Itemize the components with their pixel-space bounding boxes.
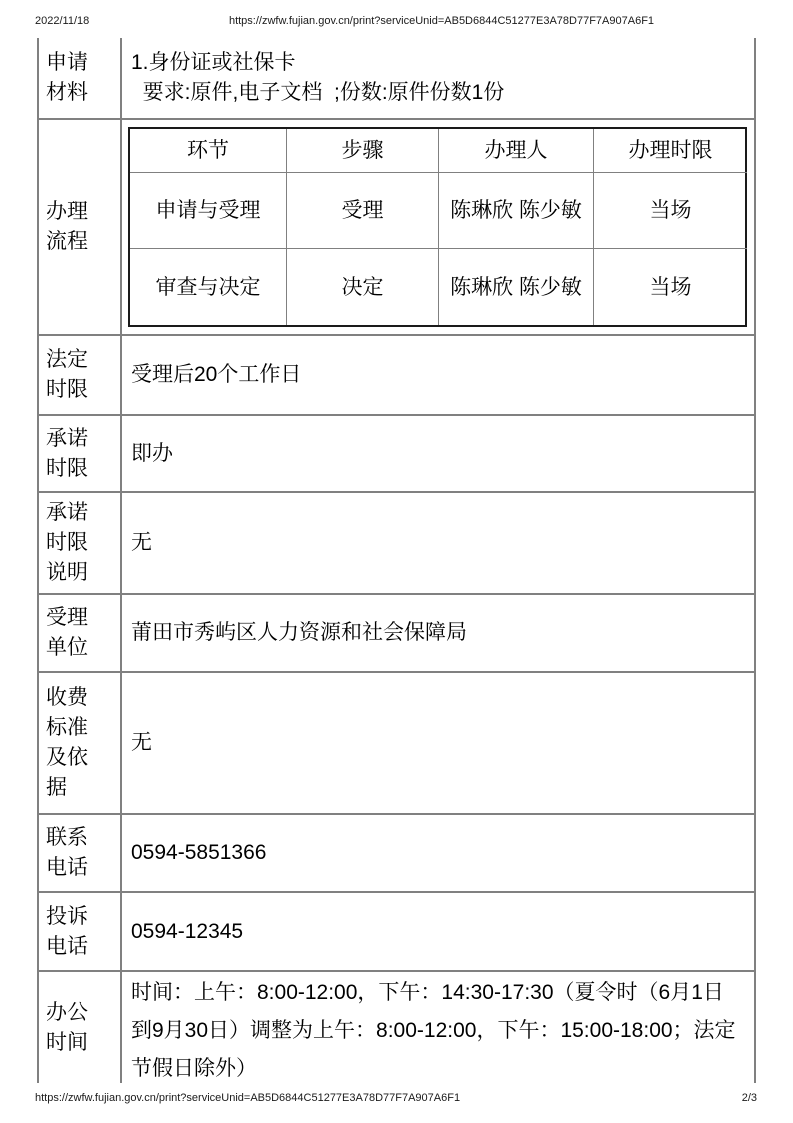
- row-value-accepting-authority: 莆田市秀屿区人力资源和社会保障局: [122, 595, 754, 671]
- row-value-process-flow: 环节 步骤 办理人 办理时限 申请与受理 受理 陈琳欣 陈少敏 当场 审查与决定…: [122, 120, 754, 334]
- row-value-contact-phone: 0594-5851366: [122, 815, 754, 891]
- row-value-application-materials: 1.身份证或社保卡 要求:原件,电子文档 ;份数:原件份数1份: [122, 38, 754, 118]
- row-value-promised-time-limit-note: 无: [122, 493, 754, 593]
- process-header-time-limit: 办理时限: [594, 129, 747, 173]
- row-value-promised-time-limit: 即办: [122, 416, 754, 491]
- row-promised-time-limit-note: 承诺时限说明 无: [39, 493, 754, 595]
- print-page-number: 2/3: [742, 1092, 757, 1104]
- process-cell-r2-handler: 陈琳欣 陈少敏: [439, 249, 594, 325]
- row-label-statutory-time-limit: 法定时限: [39, 336, 122, 414]
- row-statutory-time-limit: 法定时限 受理后20个工作日: [39, 336, 754, 416]
- process-cell-r1-step: 受理: [287, 173, 439, 249]
- print-footer: https://zwfw.fujian.gov.cn/print?service…: [35, 1092, 757, 1104]
- process-header-step: 步骤: [287, 129, 439, 173]
- process-cell-r1-handler: 陈琳欣 陈少敏: [439, 173, 594, 249]
- row-value-fee-standard: 无: [122, 673, 754, 813]
- service-info-table: 申请材料 1.身份证或社保卡 要求:原件,电子文档 ;份数:原件份数1份 办理流…: [37, 38, 756, 1083]
- row-value-statutory-time-limit: 受理后20个工作日: [122, 336, 754, 414]
- row-application-materials: 申请材料 1.身份证或社保卡 要求:原件,电子文档 ;份数:原件份数1份: [39, 38, 754, 120]
- process-header-step-name: 环节: [130, 129, 287, 173]
- row-complaint-phone: 投诉电话 0594-12345: [39, 893, 754, 972]
- print-header-url: https://zwfw.fujian.gov.cn/print?service…: [0, 15, 793, 27]
- row-accepting-authority: 受理单位 莆田市秀屿区人力资源和社会保障局: [39, 595, 754, 673]
- row-label-application-materials: 申请材料: [39, 38, 122, 118]
- row-value-complaint-phone: 0594-12345: [122, 893, 754, 970]
- row-value-office-hours: 时间：上午：8:00-12:00，下午：14:30-17:30（夏令时（6月1日…: [122, 972, 754, 1083]
- process-cell-r2-time-limit: 当场: [594, 249, 747, 325]
- row-label-process-flow: 办理流程: [39, 120, 122, 334]
- row-label-accepting-authority: 受理单位: [39, 595, 122, 671]
- process-cell-r1-time-limit: 当场: [594, 173, 747, 249]
- print-header: 2022/11/18 https://zwfw.fujian.gov.cn/pr…: [0, 15, 793, 29]
- row-label-fee-standard: 收费标准及依据: [39, 673, 122, 813]
- row-label-promised-time-limit-note: 承诺时限说明: [39, 493, 122, 593]
- row-office-hours: 办公时间 时间：上午：8:00-12:00，下午：14:30-17:30（夏令时…: [39, 972, 754, 1083]
- process-header-handler: 办理人: [439, 129, 594, 173]
- process-cell-r1-step-name: 申请与受理: [130, 173, 287, 249]
- process-cell-r2-step-name: 审查与决定: [130, 249, 287, 325]
- row-label-office-hours: 办公时间: [39, 972, 122, 1083]
- process-table: 环节 步骤 办理人 办理时限 申请与受理 受理 陈琳欣 陈少敏 当场 审查与决定…: [128, 127, 747, 327]
- row-label-complaint-phone: 投诉电话: [39, 893, 122, 970]
- row-process-flow: 办理流程 环节 步骤 办理人 办理时限 申请与受理 受理 陈琳欣 陈少敏 当场 …: [39, 120, 754, 336]
- process-cell-r2-step: 决定: [287, 249, 439, 325]
- row-label-contact-phone: 联系电话: [39, 815, 122, 891]
- row-fee-standard: 收费标准及依据 无: [39, 673, 754, 815]
- row-label-promised-time-limit: 承诺时限: [39, 416, 122, 491]
- row-contact-phone: 联系电话 0594-5851366: [39, 815, 754, 893]
- row-promised-time-limit: 承诺时限 即办: [39, 416, 754, 493]
- print-footer-url: https://zwfw.fujian.gov.cn/print?service…: [35, 1092, 460, 1104]
